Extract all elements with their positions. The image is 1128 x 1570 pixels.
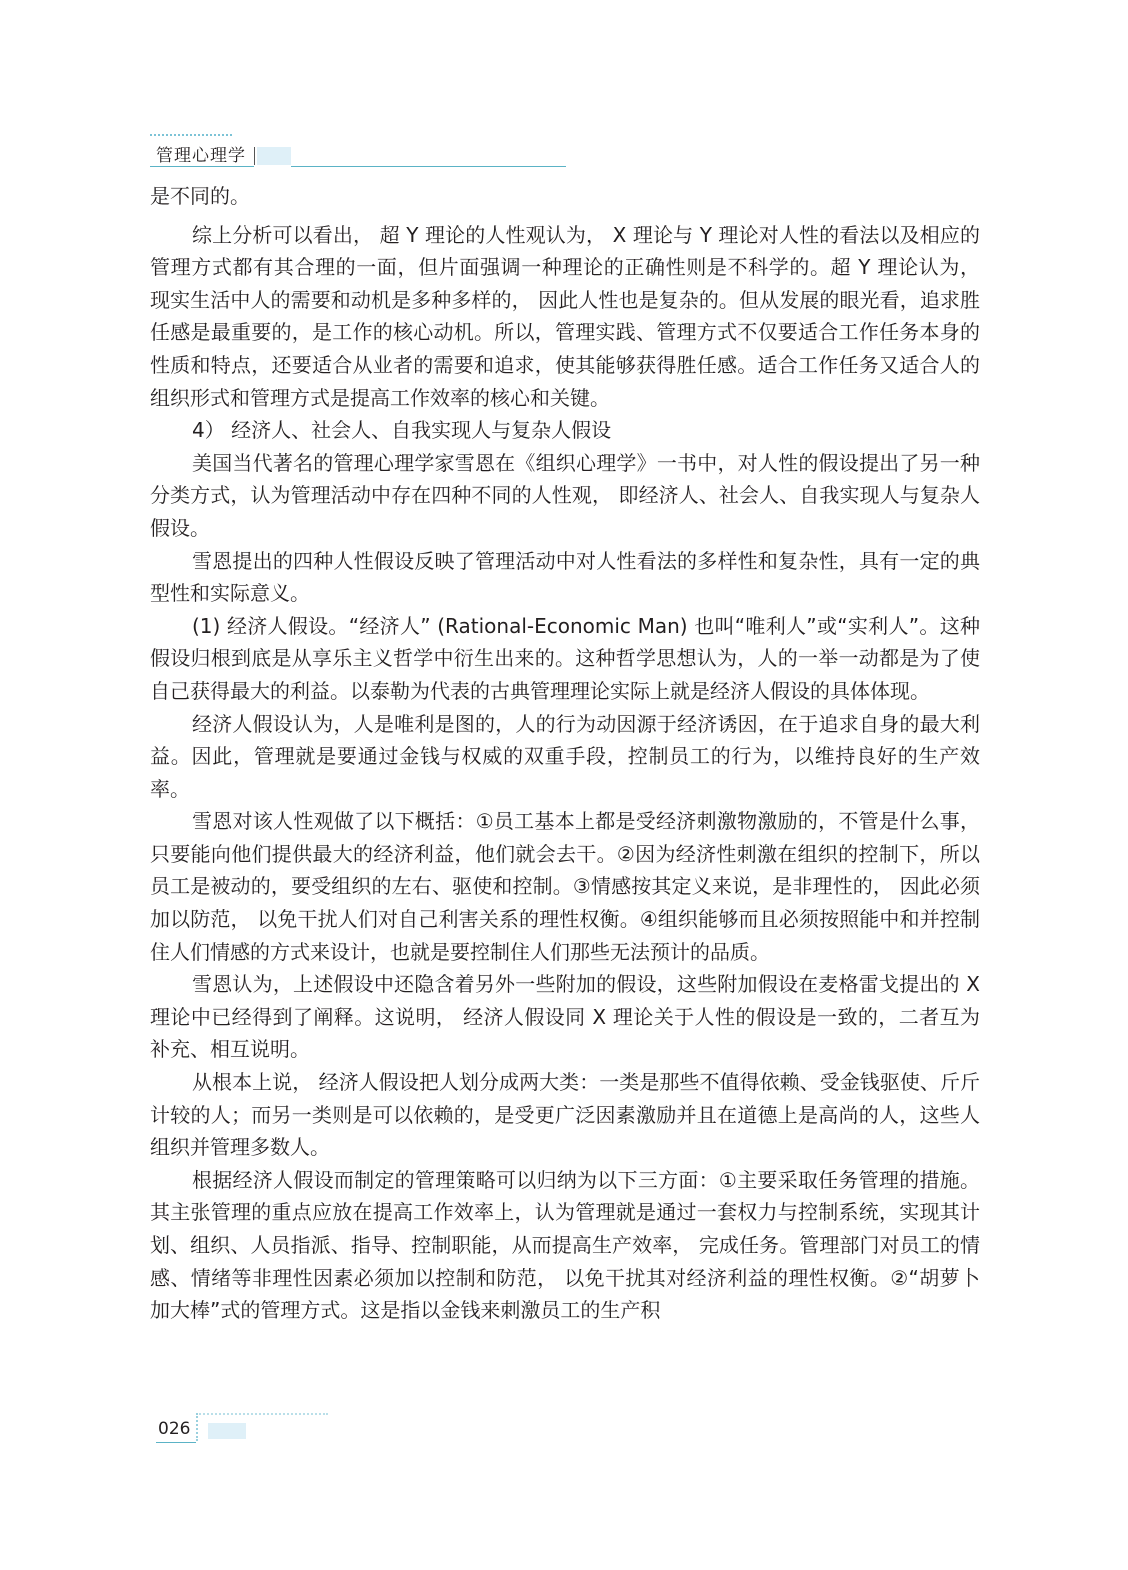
paragraph-continuation: 是不同的。 <box>150 180 980 213</box>
footer-accent-block <box>208 1423 246 1439</box>
page-number-underline <box>156 1442 196 1443</box>
paragraph: 雪恩提出的四种人性假设反映了管理活动中对人性看法的多样性和复杂性，具有一定的典型… <box>150 545 980 610</box>
footer-dotted-vertical <box>196 1413 198 1441</box>
section-heading: 4） 经济人、社会人、自我实现人与复杂人假设 <box>150 414 980 447</box>
running-header: 管理心理学 <box>148 134 568 168</box>
page-number: 026 <box>158 1419 190 1439</box>
paragraph: 雪恩对该人性观做了以下概括：①员工基本上都是受经济刺激物激励的，不管是什么事，只… <box>150 805 980 968</box>
page-body: 是不同的。 综上分析可以看出， 超 Y 理论的人性观认为， X 理论与 Y 理论… <box>150 180 980 1327</box>
header-divider <box>254 147 255 165</box>
header-accent-block <box>257 147 291 165</box>
header-dotted-rule <box>150 134 232 136</box>
footer-dotted-rule <box>196 1413 328 1415</box>
running-title: 管理心理学 <box>156 146 246 166</box>
paragraph: 根据经济人假设而制定的管理策略可以归纳为以下三方面：①主要采取任务管理的措施。其… <box>150 1164 980 1327</box>
paragraph: (1) 经济人假设。“经济人” (Rational-Economic Man) … <box>150 610 980 708</box>
paragraph: 雪恩认为，上述假设中还隐含着另外一些附加的假设，这些附加假设在麦格雷戈提出的 X… <box>150 968 980 1066</box>
paragraph: 经济人假设认为，人是唯利是图的，人的行为动因源于经济诱因，在于追求自身的最大利益… <box>150 708 980 806</box>
header-underline <box>150 166 254 167</box>
paragraph: 从根本上说， 经济人假设把人划分成两大类：一类是那些不值得依赖、受金钱驱使、斤斤… <box>150 1066 980 1164</box>
header-rule <box>291 166 566 167</box>
paragraph: 综上分析可以看出， 超 Y 理论的人性观认为， X 理论与 Y 理论对人性的看法… <box>150 219 980 415</box>
page-footer: 026 <box>148 1410 348 1444</box>
paragraph: 美国当代著名的管理心理学家雪恩在《组织心理学》一书中，对人性的假设提出了另一种分… <box>150 447 980 545</box>
